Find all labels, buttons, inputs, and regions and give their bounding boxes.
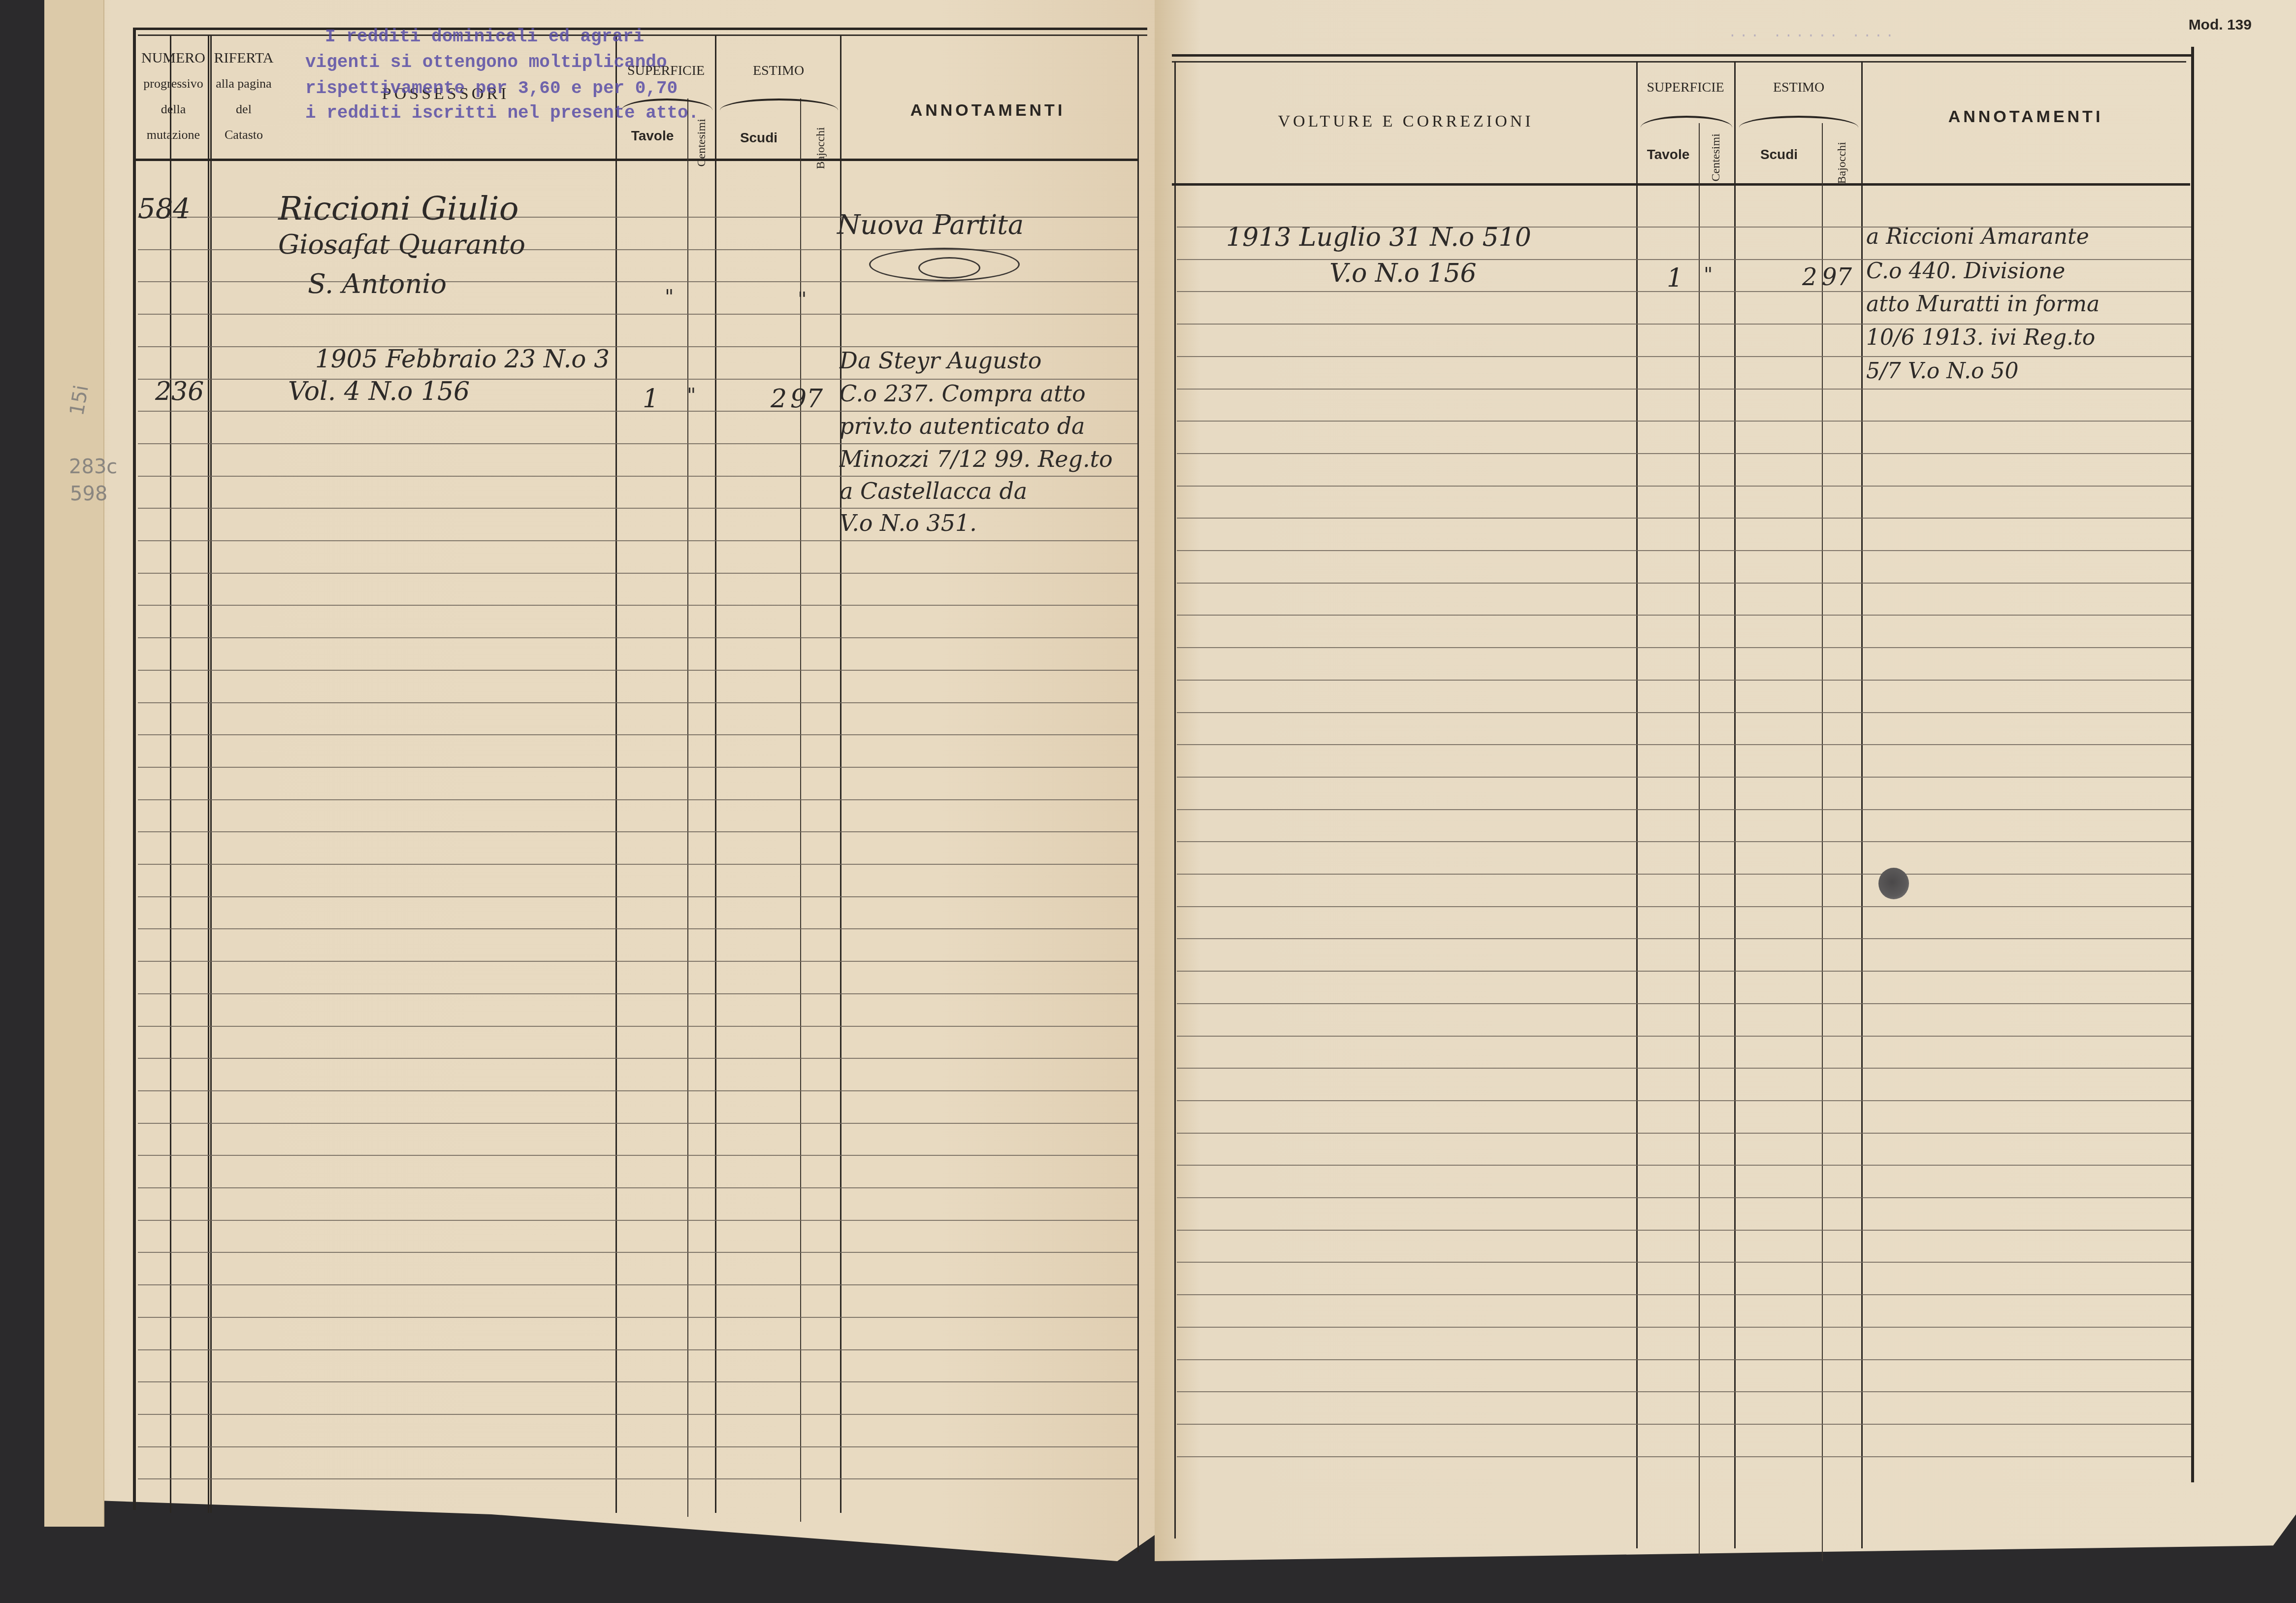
ruled-line (138, 993, 1137, 994)
ruled-line (1177, 874, 2191, 875)
ruled-line (138, 1252, 1137, 1253)
ruled-line (1177, 550, 2191, 551)
ruled-line (1177, 841, 2191, 842)
header-scudi: Scudi (717, 130, 801, 146)
ruled-line (1177, 518, 2191, 519)
header-centesimi: Centesimi (1710, 128, 1723, 182)
ruled-line (138, 1220, 1137, 1221)
ruled-line (1177, 1327, 2191, 1328)
left-frame-edge (133, 28, 136, 1510)
ruled-line (1177, 938, 2191, 939)
header-estimo: ESTIMO (717, 63, 840, 79)
entry-bajocchi: 97 (790, 384, 823, 414)
ruled-line (138, 476, 1137, 477)
col-divider (170, 35, 171, 1513)
ruled-line (1177, 1424, 2191, 1425)
margin-pencil-note: 283c (69, 456, 117, 478)
ruled-line (1177, 1100, 2191, 1101)
right-frame-edge (2191, 47, 2194, 1482)
entry-annotamento: Nuova Partita (837, 209, 1024, 240)
header-numero-line: progressivo (139, 71, 208, 97)
col-divider (208, 35, 209, 1513)
header-riferta-line: alla pagina (212, 71, 276, 97)
entry-annotamento-line: 10/6 1913. ivi Reg.to (1866, 325, 2095, 350)
ruled-line (138, 508, 1137, 509)
ruled-line (138, 314, 1137, 315)
left-margin-strip (44, 0, 104, 1527)
entry-annotamento-line: Da Steyr Augusto (840, 347, 1041, 374)
ruled-line (1177, 1294, 2191, 1295)
header-superficie: SUPERFICIE (618, 63, 714, 79)
header-riferta: RIFERTA alla pagina del Catasto (212, 45, 276, 148)
col-divider (1174, 61, 1176, 1538)
entry-scudi: 2 (1802, 263, 1817, 291)
ruled-line (138, 767, 1137, 768)
ruled-line (138, 1349, 1137, 1350)
entry-annotamento-line: a Riccioni Amarante (1866, 224, 2089, 249)
entry-possessore-line: 1905 Febbraio 23 N.o 3 (315, 345, 610, 373)
col-divider (210, 35, 212, 1513)
header-tavole: Tavole (1638, 147, 1699, 163)
entry-possessore-line: Riccioni Giulio (278, 190, 518, 228)
entry-voltura-line: 1913 Luglio 31 N.o 510 (1226, 223, 1531, 252)
ruled-line (138, 961, 1137, 962)
header-bajocchi: Bajocchi (814, 115, 828, 169)
ruled-line (1177, 777, 2191, 778)
ruled-line (138, 1026, 1137, 1027)
header-numero: NUMERO progressivo della mutazione (139, 45, 208, 148)
ruled-line (138, 411, 1137, 412)
header-riferta-line: del (212, 97, 276, 122)
ruled-line (138, 734, 1137, 735)
entry-centesimi: " (687, 384, 696, 407)
right-top-rule-inner (1172, 61, 2186, 63)
ruled-line (138, 831, 1137, 832)
entry-voltura-line: V.o N.o 156 (1329, 259, 1477, 288)
ruled-line (1177, 615, 2191, 616)
ruled-line (138, 573, 1137, 574)
right-header-bottom-rule (1172, 183, 2190, 186)
header-bajocchi: Bajocchi (1836, 130, 1849, 184)
ruled-line (1177, 971, 2191, 972)
entry-riferta: 236 (155, 377, 204, 406)
paraph-flourish (918, 257, 980, 279)
col-divider (715, 35, 716, 1513)
col-divider (800, 98, 801, 1522)
ruled-line (1177, 1456, 2191, 1457)
entry-possessore-line: Giosafat Quaranto (278, 229, 525, 260)
header-centesimi: Centesimi (695, 113, 709, 167)
ruled-line (1177, 583, 2191, 584)
header-estimo: ESTIMO (1736, 80, 1861, 96)
ruled-line (138, 1414, 1137, 1415)
ruled-line (1177, 1068, 2191, 1069)
ruled-line (1177, 906, 2191, 907)
entry-annotamento-line: C.o 440. Divisione (1866, 259, 2065, 284)
entry-tavole: 1 (643, 384, 659, 414)
ruled-line (138, 1381, 1137, 1382)
ruled-line (1177, 1391, 2191, 1392)
ruled-line (138, 864, 1137, 865)
entry-numero: 584 (138, 193, 191, 225)
col-divider (1861, 61, 1863, 1548)
form-model-number: Mod. 139 (2189, 17, 2252, 33)
ruled-line (138, 928, 1137, 929)
right-top-rule (1172, 54, 2191, 57)
ruled-line (138, 1446, 1137, 1447)
header-numero-line: NUMERO (139, 45, 208, 71)
ruled-line (138, 1187, 1137, 1188)
header-numero-line: della (139, 97, 208, 122)
ruled-line (1177, 1359, 2191, 1360)
ruled-line (1177, 1036, 2191, 1037)
ruled-line (1177, 1262, 2191, 1263)
col-divider (1137, 35, 1139, 1552)
ruled-line (1177, 389, 2191, 390)
left-header-bottom-rule (136, 159, 1138, 161)
entry-annotamento-line: priv.to autenticato da (840, 413, 1085, 439)
entry-annotamento-line: atto Muratti in forma (1866, 292, 2100, 317)
col-divider (1699, 123, 1700, 1556)
faint-bleed-through-stamp: ··· ······ ···· (1728, 29, 1897, 44)
ruled-line (138, 281, 1137, 282)
entry-annotamento-line: 5/7 V.o N.o 50 (1866, 359, 2018, 384)
header-riferta-line: Catasto (212, 122, 276, 148)
ruled-line (138, 1123, 1137, 1124)
ruled-line (138, 443, 1137, 444)
ruled-line (138, 1155, 1137, 1156)
ink-blot (1878, 868, 1909, 899)
entry-tavole: " (665, 286, 674, 308)
entry-bajocchi: 97 (1822, 263, 1852, 291)
ruled-line (138, 702, 1137, 703)
ruled-line (1177, 486, 2191, 487)
entry-tavole: 1 (1667, 263, 1683, 293)
col-divider (1636, 61, 1638, 1548)
ruled-line (1177, 712, 2191, 713)
entry-annotamento-line: V.o N.o 351. (840, 510, 977, 536)
header-numero-line: mutazione (139, 122, 208, 148)
entry-annotamento-line: Minozzi 7/12 99. Reg.to (840, 446, 1113, 472)
entry-annotamento-line: a Castellacca da (840, 478, 1027, 504)
entry-scudi: " (798, 288, 807, 311)
header-superficie: SUPERFICIE (1638, 80, 1733, 96)
ruled-line (1177, 744, 2191, 745)
col-divider (687, 98, 688, 1517)
ruled-line (138, 637, 1137, 638)
ruled-line (1177, 453, 2191, 454)
ruled-line (138, 1058, 1137, 1059)
ruled-line (138, 670, 1137, 671)
ruled-line (1177, 1003, 2191, 1004)
ruled-line (1177, 1165, 2191, 1166)
col-divider (615, 35, 617, 1513)
entry-annotamento-line: C.o 237. Compra atto (840, 380, 1086, 407)
ruled-line (1177, 421, 2191, 422)
ruled-line (138, 799, 1137, 800)
ruled-line (1177, 680, 2191, 681)
ruled-line (138, 896, 1137, 897)
ruled-line (138, 1478, 1137, 1479)
header-scudi: Scudi (1736, 147, 1822, 163)
ruled-line (138, 605, 1137, 606)
ruled-line (1177, 1197, 2191, 1198)
col-divider (1734, 61, 1736, 1548)
header-volture-correzioni: VOLTURE E CORREZIONI (1177, 112, 1635, 131)
header-riferta-line: RIFERTA (212, 45, 276, 71)
ruled-line (138, 1284, 1137, 1285)
entry-possessore-line: Vol. 4 N.o 156 (288, 377, 470, 406)
ruled-line (1177, 809, 2191, 810)
ruled-line (1177, 1133, 2191, 1134)
entry-scudi: 2 (771, 384, 787, 414)
ruled-line (1177, 647, 2191, 648)
header-annotamenti: ANNOTAMENTI (840, 101, 1135, 120)
margin-pencil-note: 598 (70, 483, 107, 505)
ruled-line (1177, 1230, 2191, 1231)
ruled-line (138, 1317, 1137, 1318)
ruled-line (138, 540, 1137, 541)
header-annotamenti: ANNOTAMENTI (1863, 107, 2188, 127)
ruled-line (1177, 324, 2191, 325)
entry-possessore-line: S. Antonio (308, 268, 447, 299)
entry-centesimi: " (1704, 263, 1713, 286)
ruled-line (138, 1090, 1137, 1091)
ruled-line (1177, 356, 2191, 357)
col-divider (840, 35, 841, 1513)
header-tavole: Tavole (618, 128, 687, 144)
